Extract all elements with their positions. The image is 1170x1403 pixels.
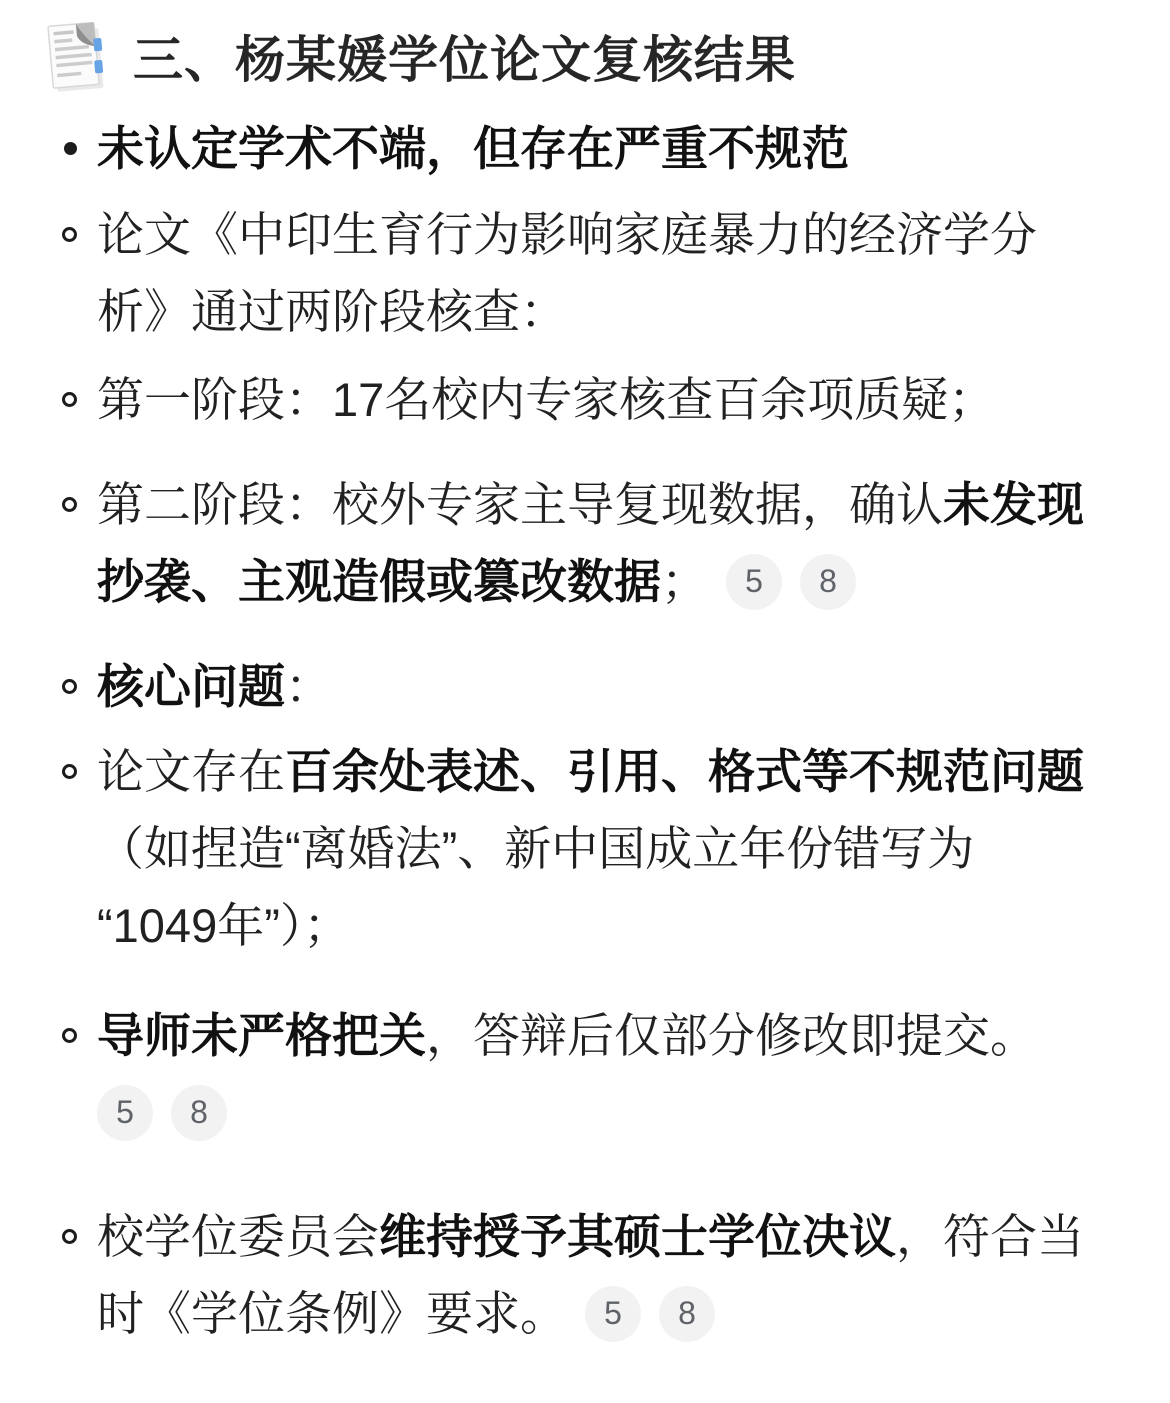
page-title: 三、杨某媛学位论文复核结果 (133, 20, 796, 92)
bullet-marker-hollow (62, 1028, 77, 1043)
list-item: 校学位委员会维持授予其硕士学位决议，符合当时《学位条例》要求。58 (35, 1198, 1140, 1352)
text-line: 抄袭、主观造假或篡改数据；58 (97, 543, 1140, 620)
citation-badge[interactable]: 5 (97, 1085, 153, 1141)
text-line: （如捏造“离婚法”、新中国成立年份错写为 (97, 810, 1140, 887)
citation-badge[interactable]: 8 (659, 1286, 715, 1342)
list-item: 第一阶段：17名校内专家核查百余项质疑； (35, 361, 1140, 438)
text-segment: 论文存在 (97, 745, 285, 798)
text-segment: ，符合当 (896, 1210, 1084, 1263)
text-segment: 析》通过两阶段核查： (97, 285, 567, 338)
text-line: 时《学位条例》要求。58 (97, 1275, 1140, 1352)
text-segment: （如捏造“离婚法”、新中国成立年份错写为 (97, 822, 974, 875)
citation-badge[interactable]: 5 (726, 554, 782, 610)
bullet-marker-filled (64, 142, 77, 155)
list-item: 核心问题： (35, 648, 1140, 725)
citation-badge[interactable]: 8 (800, 554, 856, 610)
text-line: 核心问题： (97, 648, 1140, 725)
citation-badge[interactable]: 8 (171, 1085, 227, 1141)
text-segment-bold: 未认定学术不端，但存在严重不规范 (97, 122, 849, 175)
text-line: 导师未严格把关，答辩后仅部分修改即提交。 (97, 997, 1140, 1074)
text-segment: 第二阶段：校外专家主导复现数据，确认 (97, 478, 943, 531)
text-segment: 时《学位条例》要求。 (97, 1287, 567, 1340)
bullet-marker-hollow (62, 764, 77, 779)
text-segment: “1049年”）； (97, 899, 350, 952)
text-segment-bold: 维持授予其硕士学位决议 (379, 1210, 896, 1263)
citation-badge[interactable]: 5 (585, 1286, 641, 1342)
bullet-marker-hollow (62, 227, 77, 242)
list-item: 论文存在百余处表述、引用、格式等不规范问题（如捏造“离婚法”、新中国成立年份错写… (35, 733, 1140, 964)
text-segment-bold: 抄袭、主观造假或篡改数据 (97, 555, 661, 608)
text-line: 校学位委员会维持授予其硕士学位决议，符合当 (97, 1198, 1140, 1275)
text-line: 58 (97, 1074, 1140, 1151)
text-line: 论文《中印生育行为影响家庭暴力的经济学分 (97, 196, 1140, 273)
list-item: 导师未严格把关，答辩后仅部分修改即提交。58 (35, 997, 1140, 1151)
text-segment-bold: 核心问题 (97, 660, 285, 713)
text-segment: ，答辩后仅部分修改即提交。 (426, 1009, 1037, 1062)
text-segment: 论文《中印生育行为影响家庭暴力的经济学分 (97, 208, 1037, 261)
list-item: 未认定学术不端，但存在严重不规范 (35, 110, 1140, 187)
bullet-marker-hollow (62, 1229, 77, 1244)
document-body: 三、杨某媛学位论文复核结果 未认定学术不端，但存在严重不规范论文《中印生育行为影… (0, 0, 1170, 1403)
text-line: 未认定学术不端，但存在严重不规范 (97, 110, 1140, 187)
bullet-list: 未认定学术不端，但存在严重不规范论文《中印生育行为影响家庭暴力的经济学分析》通过… (35, 110, 1140, 1352)
text-line: 第二阶段：校外专家主导复现数据，确认未发现 (97, 466, 1140, 543)
section-header: 三、杨某媛学位论文复核结果 (35, 14, 1140, 98)
text-line: 第一阶段：17名校内专家核查百余项质疑； (97, 361, 1140, 438)
text-segment-bold: 未发现 (943, 478, 1084, 531)
text-segment: ； (661, 555, 708, 608)
text-segment-bold: 导师未严格把关 (97, 1009, 426, 1062)
bullet-marker-hollow (62, 679, 77, 694)
text-segment-bold: 百余处表述、引用、格式等不规范问题 (285, 745, 1084, 798)
list-item: 第二阶段：校外专家主导复现数据，确认未发现抄袭、主观造假或篡改数据；58 (35, 466, 1140, 620)
text-line: 论文存在百余处表述、引用、格式等不规范问题 (97, 733, 1140, 810)
text-line: 析》通过两阶段核查： (97, 273, 1140, 350)
text-segment: ： (285, 660, 332, 713)
text-segment: 第一阶段：17名校内专家核查百余项质疑； (97, 373, 995, 426)
list-item: 论文《中印生育行为影响家庭暴力的经济学分析》通过两阶段核查： (35, 196, 1140, 350)
bullet-marker-hollow (62, 392, 77, 407)
bullet-marker-hollow (62, 497, 77, 512)
bookmark-tabs-icon (35, 14, 119, 98)
text-segment: 校学位委员会 (97, 1210, 379, 1263)
text-line: “1049年”）； (97, 887, 1140, 964)
